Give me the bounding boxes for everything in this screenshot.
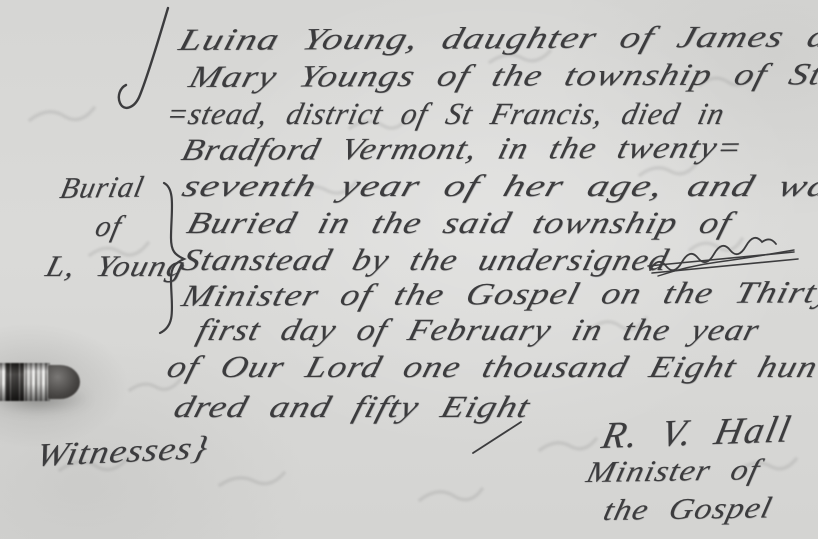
body-line-10: of Our Lord one thousand Eight hun= [163,349,818,385]
body-line-5: seventh year of her age, and was [178,168,818,204]
pen-flourish-stroke [465,420,525,456]
witnesses-text: Witnesses [33,431,196,474]
signature-title-1: Minister of [583,453,764,490]
body-line-3: =stead, district of St Francis, died in [163,96,729,132]
pencil-ferrule-band [6,363,24,401]
signature-title-2: the Gospel [600,491,776,528]
pencil [0,360,88,406]
body-line-2: Mary Youngs of the township of Stan [185,56,818,95]
margin-brace [158,183,192,335]
body-line-6: Buried in the said township of [183,205,736,241]
body-line-4: Bradford Vermont, in the twenty= [178,129,747,168]
body-line-8: Minister of the Gospel on the Thirty [178,274,818,314]
body-line-1: Luina Young, daughter of James and [175,18,818,58]
strikethrough-scribble [648,246,798,280]
margin-note-burial: Burial [57,171,147,206]
signature-name: R. V. Hall [598,407,796,458]
burial-record-scan: Luina Young, daughter of James and Mary … [0,0,818,539]
body-line-9: first day of February in the year [193,312,764,348]
body-line-7: Stanstead by the undersigned [178,242,673,278]
